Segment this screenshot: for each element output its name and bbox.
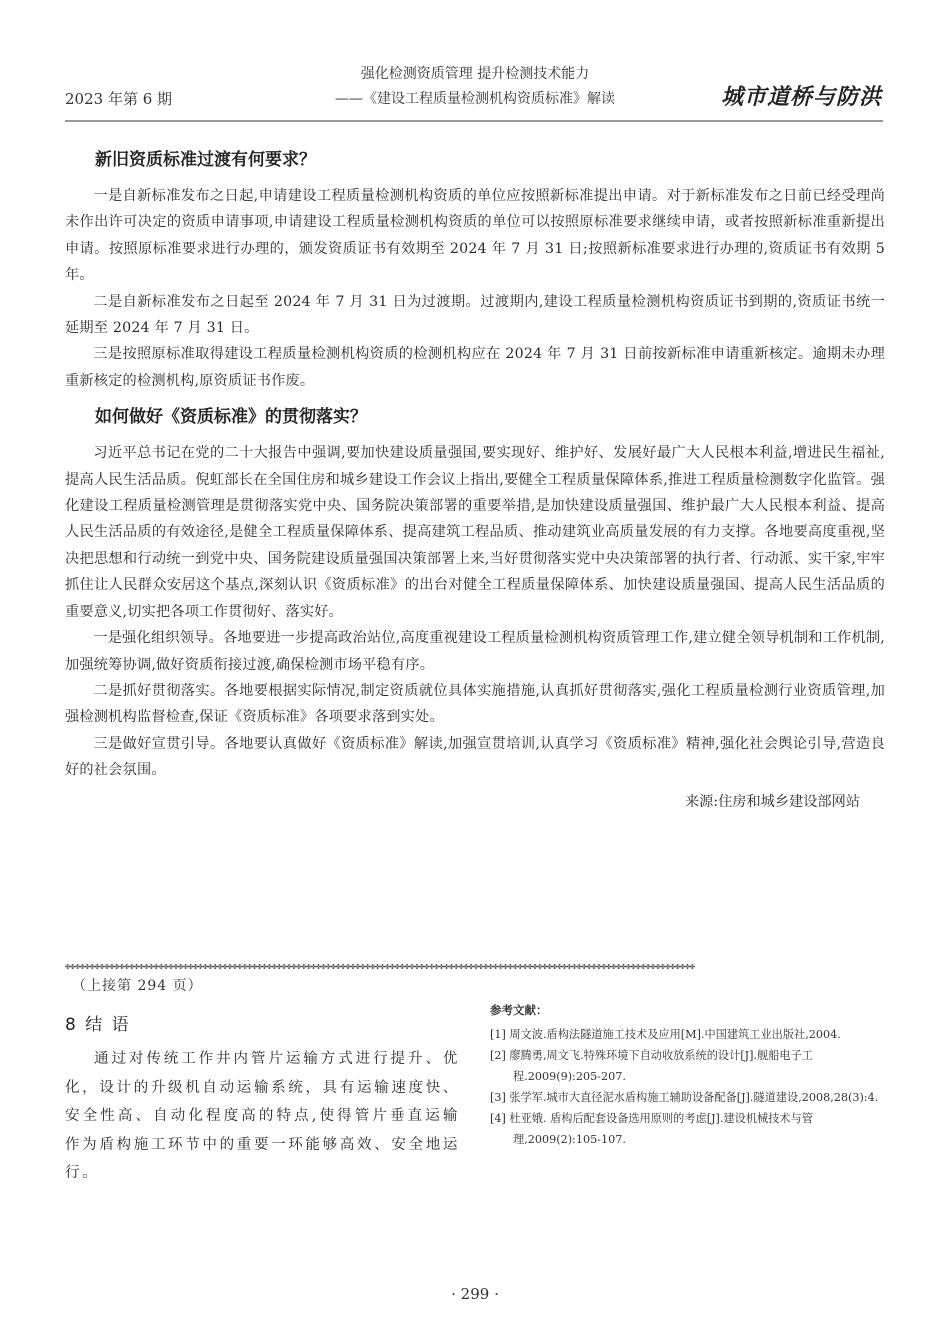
paragraph: 习近平总书记在党的二十大报告中强调,要加快建设质量强国,要实现好、维护好、发展好…: [65, 440, 885, 625]
paragraph: 一是强化组织领导。各地要进一步提高政治站位,高度重视建设工程质量检测机构资质管理…: [65, 625, 885, 678]
continuation-note: （上接第 294 页）: [72, 975, 203, 995]
paragraph: 三是做好宣贯引导。各地要认真做好《资质标准》解读,加强宣贯培训,认真学习《资质标…: [65, 731, 885, 784]
section-heading: 如何做好《资质标准》的贯彻落实？: [95, 402, 885, 432]
reference-item: [2] 廖腾勇,周文飞.特殊环境下自动收放系统的设计[J].舰船电子工程.200…: [490, 1045, 890, 1087]
paragraph: 一是自新标准发布之日起,申请建设工程质量检测机构资质的单位应按照新标准提出申请。…: [65, 183, 885, 289]
paragraph: 三是按照原标准取得建设工程质量检测机构资质的检测机构应在 2024 年 7 月 …: [65, 341, 885, 394]
conclusion-heading: 8 结 语: [65, 1010, 131, 1035]
reference-item: [4] 杜亚娥. 盾构后配套设备选用原则的考虑[J].建设机械技术与管理,200…: [490, 1108, 890, 1150]
paragraph: 二是抓好贯彻落实。各地要根据实际情况,制定资质就位具体实施措施,认真抓好贯彻落实…: [65, 678, 885, 731]
section-heading: 新旧资质标准过渡有何要求？: [95, 145, 885, 175]
article-body: 新旧资质标准过渡有何要求？ 一是自新标准发布之日起,申请建设工程质量检测机构资质…: [65, 145, 885, 816]
source-credit: 来源:住房和城乡建设部网站: [65, 788, 860, 816]
reference-item: [1] 周文波.盾构法隧道施工技术及应用[M].中国建筑工业出版社,2004.: [490, 1024, 890, 1045]
references: 参考文献： [1] 周文波.盾构法隧道施工技术及应用[M].中国建筑工业出版社,…: [490, 1002, 890, 1150]
conclusion-body: 通过对传统工作井内管片运输方式进行提升、优化，设计的升级机自动运输系统，具有运输…: [65, 1045, 460, 1188]
page-number: · 299 ·: [0, 1285, 950, 1303]
paragraph: 二是自新标准发布之日起至 2024 年 7 月 31 日为过渡期。过渡期内,建设…: [65, 289, 885, 342]
star-divider: ✤✤✤✤✤✤✤✤✤✤✤✤✤✤✤✤✤✤✤✤✤✤✤✤✤✤✤✤✤✤✤✤✤✤✤✤✤✤✤✤…: [65, 962, 885, 972]
references-title: 参考文献：: [490, 1002, 890, 1018]
reference-item: [3] 张学军.城市大直径泥水盾构施工辅助设备配备[J].隧道建设,2008,2…: [490, 1087, 890, 1108]
header-rule: [65, 120, 883, 122]
journal-logo: 城市道桥与防洪: [721, 80, 882, 111]
